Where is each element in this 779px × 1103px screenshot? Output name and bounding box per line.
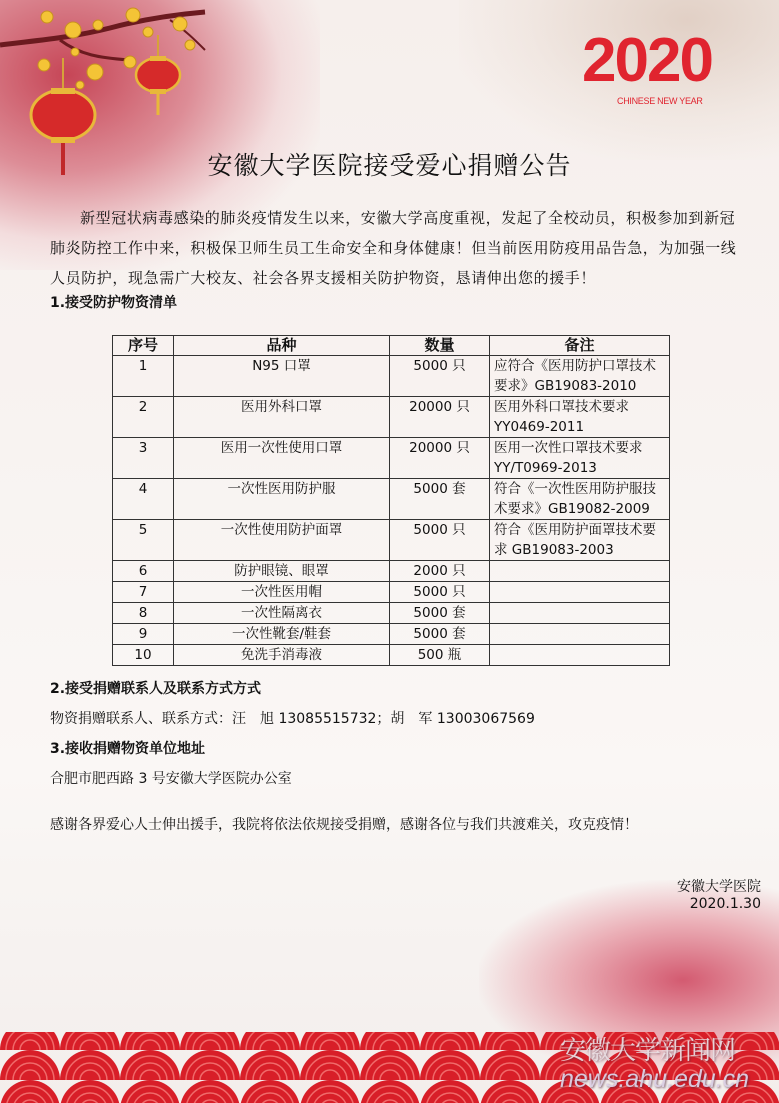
intro-paragraph: 新型冠状病毒感染的肺炎疫情发生以来，安徽大学高度重视，发起了全校动员，积极参加到… — [50, 203, 740, 293]
closing-text: 感谢各界爱心人士伸出援手，我院将依法依规接受捐赠，感谢各位与我们共渡难关，攻克疫… — [50, 814, 638, 834]
cell-note: 应符合《医用防护口罩技术要求》GB19083-2010 — [490, 356, 670, 397]
cell-no: 6 — [113, 561, 174, 582]
cell-item: 一次性医用防护服 — [174, 479, 390, 520]
header-note: 备注 — [490, 336, 670, 356]
cell-qty: 20000 只 — [390, 397, 490, 438]
cell-item: 医用一次性使用口罩 — [174, 438, 390, 479]
logo-subtitle: CHINESE NEW YEAR — [617, 96, 703, 106]
cell-no: 10 — [113, 645, 174, 666]
cell-note — [490, 582, 670, 603]
table-header-row: 序号 品种 数量 备注 — [113, 336, 670, 356]
cell-no: 3 — [113, 438, 174, 479]
table-row: 4 一次性医用防护服 5000 套 符合《一次性医用防护服技术要求》GB1908… — [113, 479, 670, 520]
supplies-table: 序号 品种 数量 备注 1 N95 口罩 5000 只 应符合《医用防护口罩技术… — [112, 335, 670, 666]
contact-info: 物资捐赠联系人、联系方式：汪 旭 13085515732；胡 军 1300306… — [50, 708, 535, 728]
cell-note — [490, 645, 670, 666]
cell-no: 2 — [113, 397, 174, 438]
table-row: 7 一次性医用帽 5000 只 — [113, 582, 670, 603]
cell-note: 医用外科口罩技术要求 YY0469-2011 — [490, 397, 670, 438]
table-row: 5 一次性使用防护面罩 5000 只 符合《医用防护面罩技术要求 GB19083… — [113, 520, 670, 561]
cell-no: 7 — [113, 582, 174, 603]
section-1-heading: 1.接受防护物资清单 — [50, 292, 177, 312]
table-row: 9 一次性靴套/鞋套 5000 套 — [113, 624, 670, 645]
cell-item: 一次性靴套/鞋套 — [174, 624, 390, 645]
cell-no: 1 — [113, 356, 174, 397]
section-2-heading: 2.接受捐赠联系人及联系方式方式 — [50, 678, 261, 698]
signature-date: 2020.1.30 — [690, 896, 761, 912]
address: 合肥市肥西路 3 号安徽大学医院办公室 — [50, 768, 292, 788]
cell-item: N95 口罩 — [174, 356, 390, 397]
cell-item: 防护眼镜、眼罩 — [174, 561, 390, 582]
table-row: 6 防护眼镜、眼罩 2000 只 — [113, 561, 670, 582]
cell-qty: 2000 只 — [390, 561, 490, 582]
cell-qty: 500 瓶 — [390, 645, 490, 666]
cell-note — [490, 624, 670, 645]
header-no: 序号 — [113, 336, 174, 356]
cell-qty: 5000 套 — [390, 479, 490, 520]
cell-qty: 5000 套 — [390, 624, 490, 645]
table-row: 1 N95 口罩 5000 只 应符合《医用防护口罩技术要求》GB19083-2… — [113, 356, 670, 397]
cell-qty: 5000 只 — [390, 582, 490, 603]
cell-item: 免洗手消毒液 — [174, 645, 390, 666]
cell-note: 符合《一次性医用防护服技术要求》GB19082-2009 — [490, 479, 670, 520]
table-row: 10 免洗手消毒液 500 瓶 — [113, 645, 670, 666]
cell-note — [490, 561, 670, 582]
section-3-heading: 3.接收捐赠物资单位地址 — [50, 738, 205, 758]
cell-item: 医用外科口罩 — [174, 397, 390, 438]
cell-qty: 5000 套 — [390, 603, 490, 624]
cell-note — [490, 603, 670, 624]
cell-item: 一次性隔离衣 — [174, 603, 390, 624]
cell-qty: 20000 只 — [390, 438, 490, 479]
watermark-url: news.ahu.edu.cn — [560, 1065, 749, 1094]
cell-no: 8 — [113, 603, 174, 624]
page-title: 安徽大学医院接受爱心捐赠公告 — [0, 146, 779, 182]
cell-item: 一次性使用防护面罩 — [174, 520, 390, 561]
header-qty: 数量 — [390, 336, 490, 356]
logo-2020: 2020 — [582, 30, 712, 92]
cell-no: 5 — [113, 520, 174, 561]
cell-no: 9 — [113, 624, 174, 645]
header-item: 品种 — [174, 336, 390, 356]
table-row: 8 一次性隔离衣 5000 套 — [113, 603, 670, 624]
table-row: 3 医用一次性使用口罩 20000 只 医用一次性口罩技术要求 YY/T0969… — [113, 438, 670, 479]
signature-org: 安徽大学医院 — [677, 876, 761, 896]
cell-qty: 5000 只 — [390, 520, 490, 561]
cell-qty: 5000 只 — [390, 356, 490, 397]
cell-no: 4 — [113, 479, 174, 520]
watermark-site-name: 安徽大学新闻网 — [560, 1030, 735, 1067]
table-row: 2 医用外科口罩 20000 只 医用外科口罩技术要求 YY0469-2011 — [113, 397, 670, 438]
cell-item: 一次性医用帽 — [174, 582, 390, 603]
cell-note: 医用一次性口罩技术要求 YY/T0969-2013 — [490, 438, 670, 479]
cell-note: 符合《医用防护面罩技术要求 GB19083-2003 — [490, 520, 670, 561]
